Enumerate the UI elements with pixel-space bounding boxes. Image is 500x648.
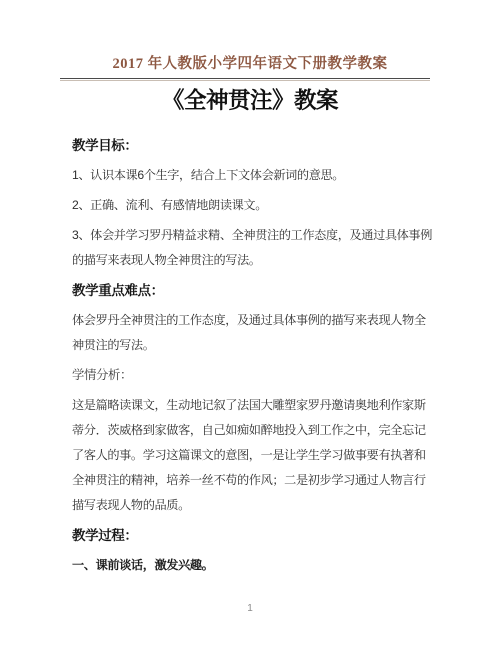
page-number: 1 [0,602,500,616]
key-points-paragraph: 体会罗丹全神贯注的工作态度，及通过具体事例的描写来表现人物全 神贯注的写法。 [72,308,444,358]
document-page: 2017 年人教版小学四年语文下册教学教案 《全神贯注》教案 教学目标： 1、认… [0,0,500,648]
objective-item-3-line-2: 的描写来表现人物全神贯注的写法。 [72,248,444,273]
heading-teaching-process: 教学过程： [72,523,444,548]
heading-key-points: 教学重点难点： [72,278,444,303]
learner-analysis-paragraph: 这是篇略读课文，生动地记叙了法国大雕塑家罗丹邀请奥地利作家斯 蒂分．茨威格到家做… [72,393,444,518]
learner-analysis-line-4: 全神贯注的精神，培养一丝不苟的作风；二是初步学习通过人物言行 [72,468,444,493]
heading-teaching-objectives: 教学目标： [72,133,444,158]
learner-analysis-line-5: 描写表现人物的品质。 [72,493,444,518]
page-title: 《全神贯注》教案 [0,86,500,116]
document-header: 2017 年人教版小学四年语文下册教学教案 [0,55,500,73]
objective-item-3-line-1: 3、体会并学习罗丹精益求精、全神贯注的工作态度，及通过具体事例 [72,223,444,248]
process-step-1: 一、课前谈话，激发兴趣。 [72,553,444,578]
heading-learner-analysis: 学情分析： [72,363,444,388]
objective-item-1: 1、认识本课6个生字，结合上下文体会新词的意思。 [72,163,444,188]
objective-item-2: 2、正确、流利、有感情地朗读课文。 [72,193,444,218]
key-points-line-2: 神贯注的写法。 [72,333,444,358]
learner-analysis-line-3: 了客人的事。学习这篇课文的意图，一是让学生学习做事要有执著和 [72,443,444,468]
header-divider-rule [60,78,430,81]
document-body: 教学目标： 1、认识本课6个生字，结合上下文体会新词的意思。 2、正确、流利、有… [72,133,444,583]
key-points-line-1: 体会罗丹全神贯注的工作态度，及通过具体事例的描写来表现人物全 [72,308,444,333]
learner-analysis-line-2: 蒂分．茨威格到家做客，自己如痴如醉地投入到工作之中，完全忘记 [72,418,444,443]
objective-item-3: 3、体会并学习罗丹精益求精、全神贯注的工作态度，及通过具体事例 的描写来表现人物… [72,223,444,273]
learner-analysis-line-1: 这是篇略读课文，生动地记叙了法国大雕塑家罗丹邀请奥地利作家斯 [72,393,444,418]
